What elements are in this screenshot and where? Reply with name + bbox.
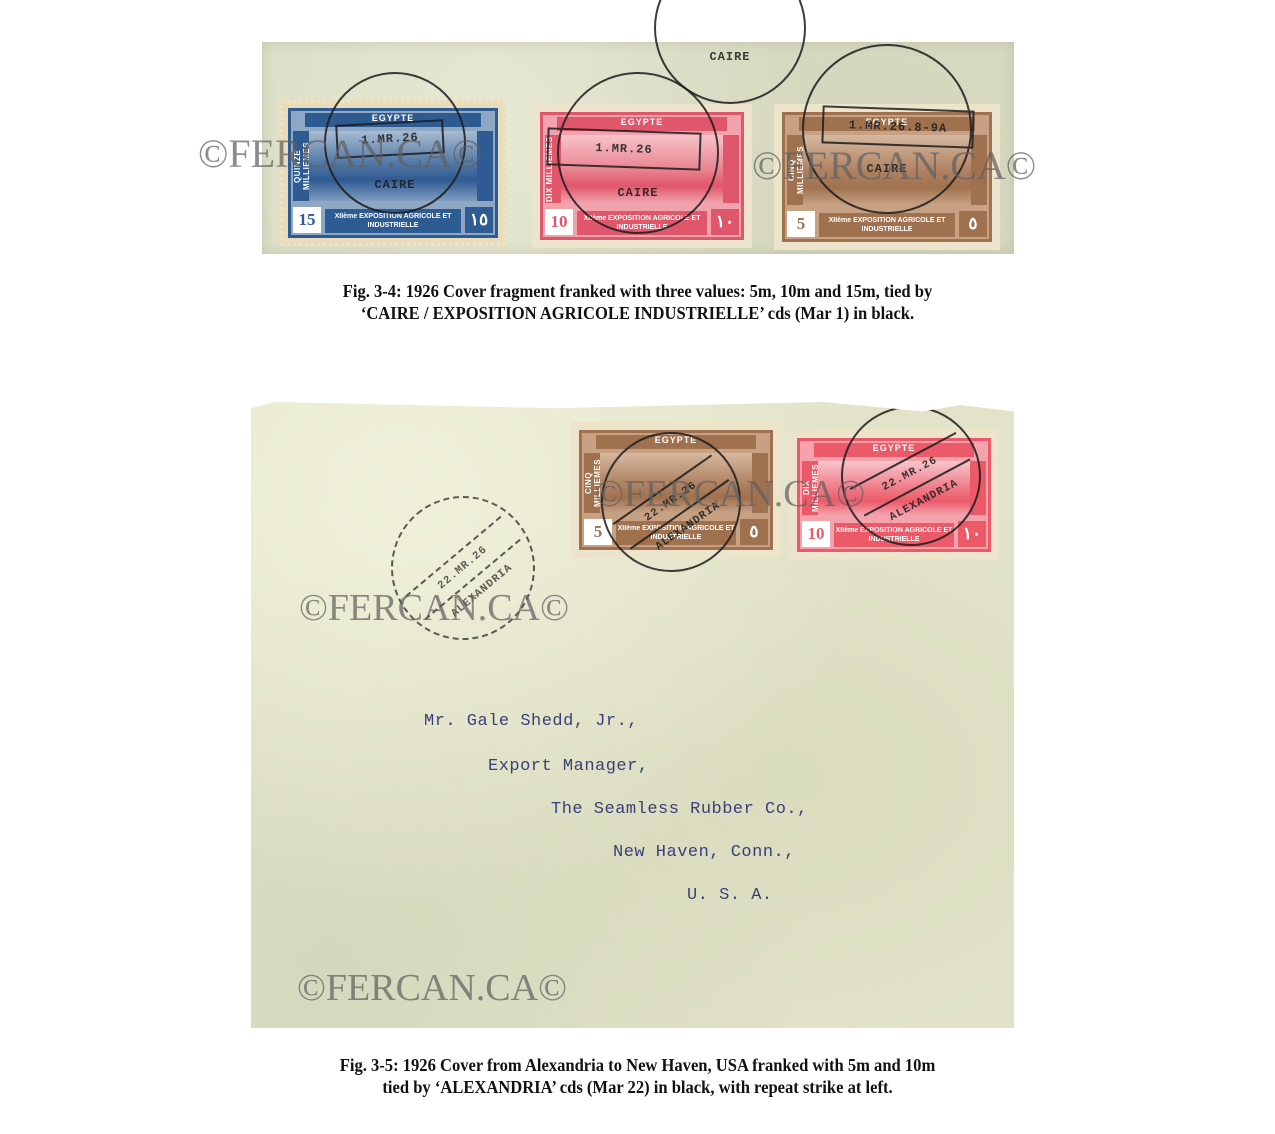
figure-3-4-caption-line-2: ‘CAIRE / EXPOSITION AGRICOLE INDUSTRIELL… [51,302,1224,324]
stamp-value-arabic: ٥ [959,211,987,237]
figure-3-5-caption-line-1: Fig. 3-5: 1926 Cover from Alexandria to … [51,1054,1224,1076]
stamp-side-arabic [723,135,739,203]
postmark-city: CAIRE [326,178,464,192]
watermark: ©FERCAN.CA© [198,130,482,177]
postmark-city: CAIRE [559,186,717,200]
stamp-value-arabic: ١٠ [711,209,739,235]
figure-3-5-caption-line-2: tied by ‘ALEXANDRIA’ cds (Mar 22) in bla… [51,1076,1224,1098]
address-line-city: New Haven, Conn., [613,843,795,862]
stamp-value: 10 [802,521,830,547]
stamp-value: 15 [293,207,321,233]
stamp-value-arabic: ١٠ [958,521,986,547]
figure-3-5-envelope-image: EGYPTE CINQ MILLIEMES 5 XIIème EXPOSITIO… [251,402,1014,1028]
watermark: ©FERCAN.CA© [752,142,1036,189]
stamp-value: 5 [787,211,815,237]
stamp-value: 10 [545,209,573,235]
postmark-city: CAIRE [656,50,804,64]
postmark-alexandria-repeat-strike: 22.MR.26 ALEXANDRIA [362,467,565,670]
address-line-country: U. S. A. [687,886,773,905]
stamp-value-arabic: ٥ [740,519,768,545]
watermark: ©FERCAN.CA© [595,472,865,516]
figure-3-4-caption-line-1: Fig. 3-4: 1926 Cover fragment franked wi… [51,280,1224,302]
stamp-value-arabic: ١٥ [465,207,493,233]
address-line-company: The Seamless Rubber Co., [551,800,808,819]
watermark: ©FERCAN.CA© [299,586,569,630]
address-line-recipient: Mr. Gale Shedd, Jr., [424,712,638,731]
watermark: ©FERCAN.CA© [297,966,567,1010]
stamp-legend: XIIème EXPOSITION AGRICOLE ET INDUSTRIEL… [819,213,955,237]
postmark-caire-2: 1.MR.26 CAIRE [557,72,719,234]
address-line-title: Export Manager, [488,757,649,776]
postmark-date: 1.MR.26 [546,127,701,170]
